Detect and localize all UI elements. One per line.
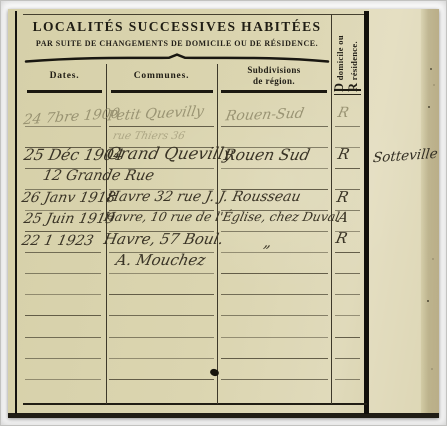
- row-line: [335, 337, 360, 338]
- communes-header-rule: [111, 90, 213, 93]
- row-line: [25, 231, 101, 232]
- entry-1-street: rue Thiers 36: [112, 131, 186, 142]
- row-line: [25, 294, 101, 295]
- dr-header-line2: R résidence.: [347, 14, 361, 92]
- column-header-subdivisions: Subdivisions de région.: [217, 65, 331, 87]
- paper-right-edge: [420, 9, 439, 418]
- column-header-domicile-residence: D domicile ou R résidence.: [333, 14, 363, 92]
- row-line: [335, 126, 360, 127]
- swelled-rule-ornament: [23, 53, 331, 65]
- scanned-document: LOCALITÉS SUCCESSIVES HABITÉES PAR SUITE…: [0, 0, 447, 426]
- dates-header-rule: [27, 90, 102, 93]
- row-line: [109, 294, 214, 295]
- dr-header-rule-2: [334, 94, 361, 95]
- row-line: [221, 358, 328, 359]
- row-line: [221, 273, 328, 274]
- row-line: [335, 273, 360, 274]
- page-binding-line: [15, 11, 17, 414]
- row-line: [335, 315, 360, 316]
- row-line: [109, 358, 214, 359]
- row-line: [335, 168, 360, 169]
- row-line: [25, 315, 101, 316]
- row-line: [25, 337, 101, 338]
- page-title: LOCALITÉS SUCCESSIVES HABITÉES: [33, 19, 322, 34]
- entry-2-commune: Grand Quevilly: [105, 146, 234, 163]
- table-top-border: [23, 14, 364, 15]
- row-line: [221, 337, 328, 338]
- row-line: [221, 252, 328, 253]
- row-line: [221, 231, 328, 232]
- column-header-dates: Dates.: [23, 71, 106, 81]
- entry-4-commune: Havre, 10 rue de l'Église, chez Duval: [103, 211, 341, 224]
- entry-3-commune: Havre 32 rue J. J. Rousseau: [106, 190, 302, 204]
- row-line: [335, 358, 360, 359]
- entry-5-commune: Havre, 57 Boul.: [102, 232, 224, 247]
- column-header-subdivisions-line1: Subdivisions: [217, 65, 331, 76]
- row-line: [335, 379, 360, 380]
- subdivisions-header-rule: [221, 90, 327, 93]
- row-line: [109, 273, 214, 274]
- row-line: [25, 252, 101, 253]
- column-header-subdivisions-line2: de région.: [217, 76, 331, 87]
- row-line: [221, 379, 328, 380]
- row-line: [109, 337, 214, 338]
- table-bottom-border: [23, 403, 367, 405]
- entry-3-date: 26 Janv 1918: [21, 191, 117, 205]
- entry-2-subdivision: Rouen Sud: [222, 148, 311, 164]
- row-line: [25, 358, 101, 359]
- row-line: [221, 315, 328, 316]
- row-line: [25, 379, 101, 380]
- entry-5-street: A. Mouchez: [114, 253, 206, 268]
- entry-1-subdivision: Rouen-Sud: [224, 107, 305, 124]
- row-line: [335, 294, 360, 295]
- dr-header-line1: D domicile ou: [333, 14, 347, 92]
- row-line: [109, 315, 214, 316]
- page-right-margin: [369, 9, 421, 413]
- table-right-border: [364, 11, 369, 414]
- page-title-zone: LOCALITÉS SUCCESSIVES HABITÉES: [23, 18, 331, 36]
- row-line: [109, 126, 214, 127]
- row-line: [221, 294, 328, 295]
- entry-5-date: 22 1 1923: [21, 234, 95, 248]
- row-line: [109, 379, 214, 380]
- entry-2-street: 12 Grande Rue: [41, 169, 155, 184]
- page-subtitle: PAR SUITE DE CHANGEMENTS DE DOMICILE OU …: [23, 39, 331, 48]
- row-line: [25, 273, 101, 274]
- row-line: [335, 252, 360, 253]
- row-line: [221, 168, 328, 169]
- row-line: [221, 126, 328, 127]
- column-header-communes: Communes.: [106, 71, 217, 81]
- paper-bottom-edge: [8, 413, 439, 418]
